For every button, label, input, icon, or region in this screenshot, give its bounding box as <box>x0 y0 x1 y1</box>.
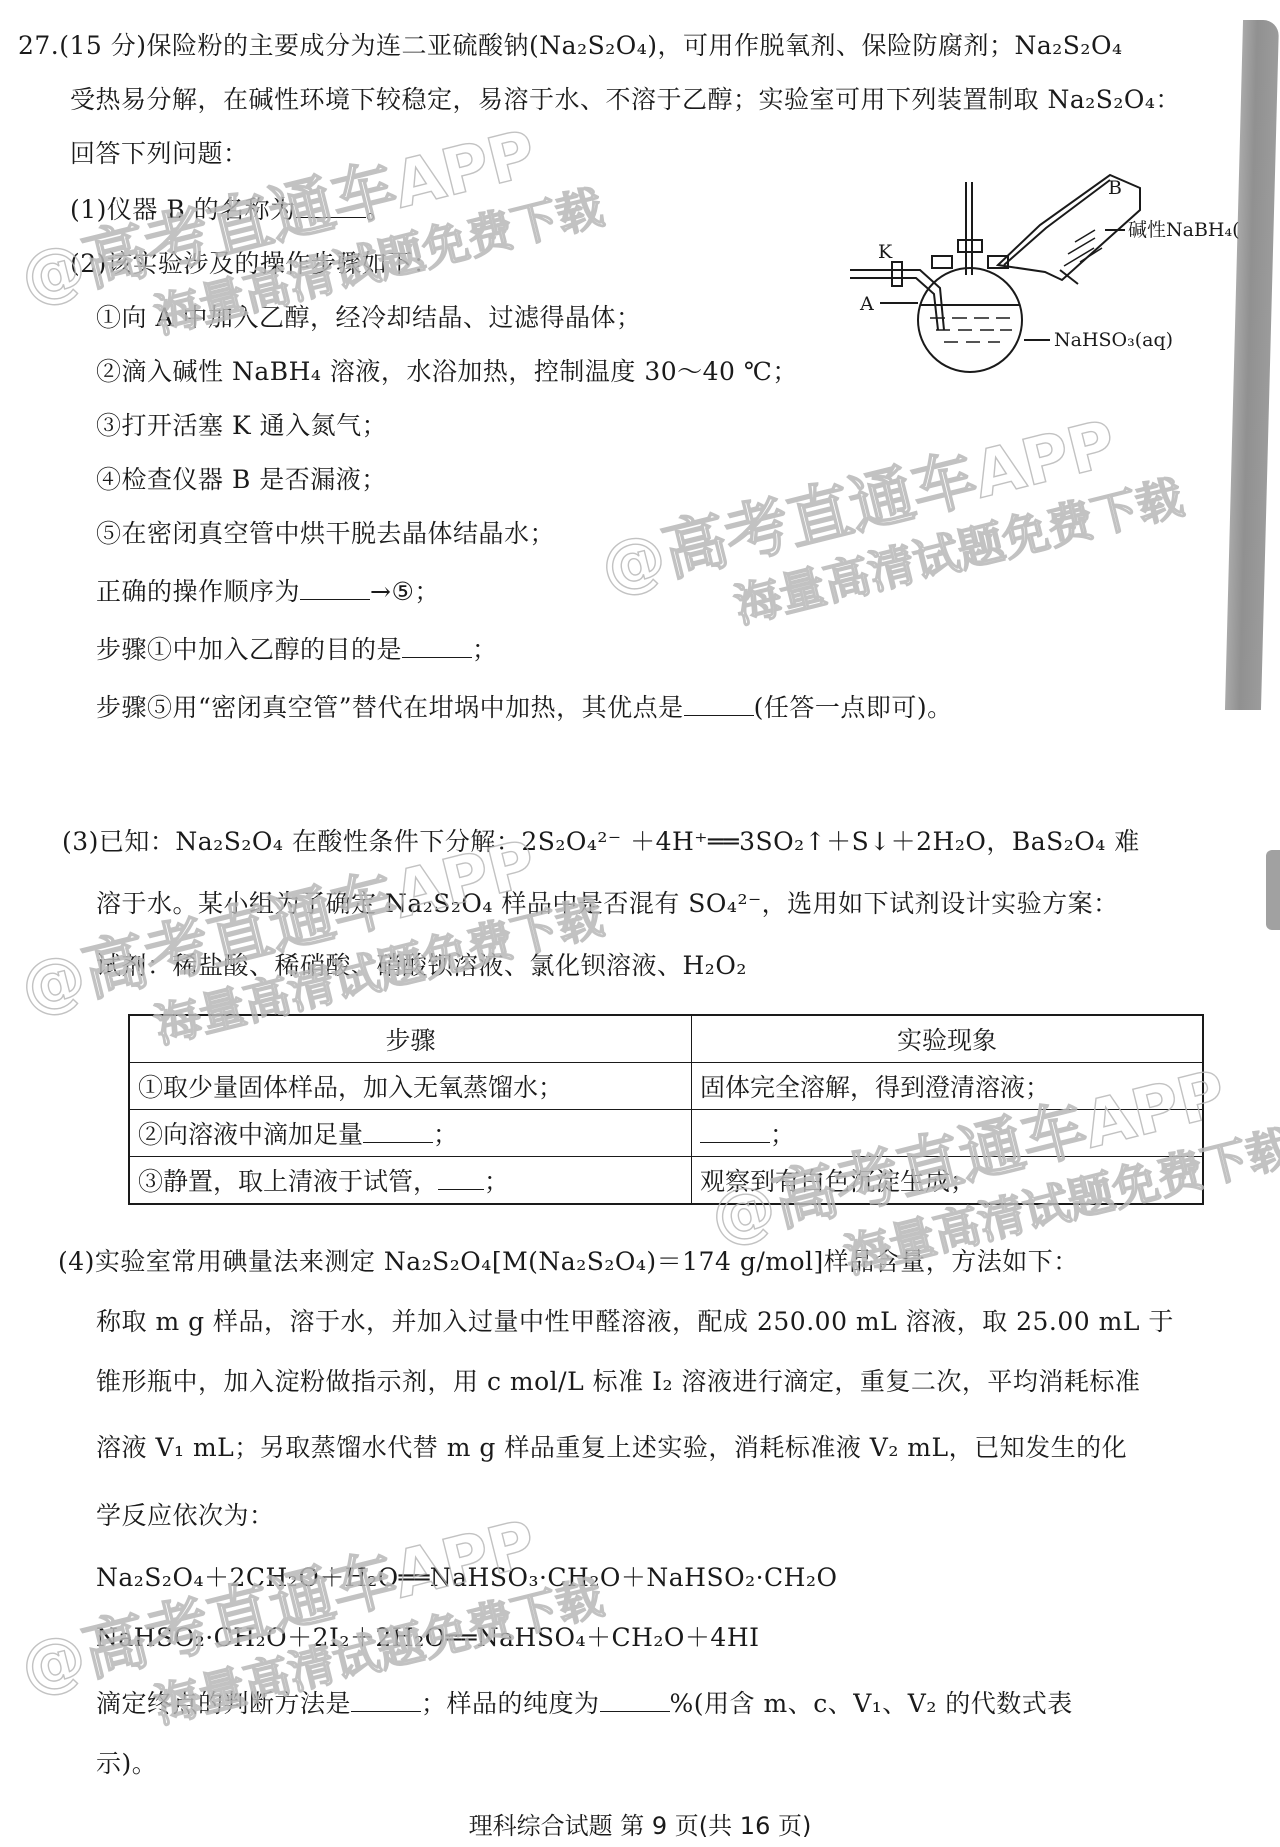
answer-blank[interactable] <box>700 1120 770 1143</box>
observation-cell: 观察到有白色沉淀生成； <box>692 1157 1204 1205</box>
answer-blank[interactable] <box>438 1167 484 1190</box>
observation-cell: ； <box>692 1110 1204 1157</box>
answer-blank[interactable] <box>402 635 472 658</box>
part2-step-2: ②滴入碱性 NaBH₄ 溶液，水浴加热，控制温度 30～40 ℃； <box>96 356 798 388</box>
table-row: ①取少量固体样品，加入无氧蒸馏水； 固体完全溶解，得到澄清溶液； <box>129 1063 1203 1110</box>
watermark-line1: @高考直通车APP <box>590 380 1175 610</box>
step-cell: ①取少量固体样品，加入无氧蒸馏水； <box>129 1063 692 1110</box>
exam-page: 27.(15 分)保险粉的主要成分为连二亚硫酸钠(Na₂S₂O₄)，可用作脱氧剂… <box>0 0 1280 1847</box>
part1-end: 。 <box>366 195 392 224</box>
answer-blank[interactable] <box>296 195 366 218</box>
part4-question-end: 示)。 <box>96 1748 157 1780</box>
page-edge-shadow-lower <box>1266 850 1280 930</box>
label-funnel-liquid: 碱性NaBH₄(aq) <box>1128 219 1240 241</box>
step-text: ②向溶液中滴加足量 <box>138 1120 363 1149</box>
question-points: (15 分) <box>59 31 146 60</box>
answer-blank[interactable] <box>300 577 370 600</box>
step-cell: ③静置，取上清液于试管，； <box>129 1157 692 1205</box>
part4-line3: 锥形瓶中，加入淀粉做指示剂，用 c mol/L 标准 I₂ 溶液进行滴定，重复二… <box>96 1366 1140 1398</box>
table-row: ③静置，取上清液于试管，； 观察到有白色沉淀生成； <box>129 1157 1203 1205</box>
ethanol-question-text: 步骤①中加入乙醇的目的是 <box>96 635 402 664</box>
purity-question-note: %(用含 m、c、V₁、V₂ 的代数式表 <box>670 1689 1073 1718</box>
ethanol-question-end: ； <box>472 635 498 664</box>
purity-question-text: ；样品的纯度为 <box>421 1689 600 1718</box>
header-observations: 实验现象 <box>692 1015 1204 1063</box>
endpoint-question-text: 滴定终点的判断方法是 <box>96 1689 351 1718</box>
label-B: B <box>1108 177 1122 199</box>
step-end: ； <box>484 1167 509 1196</box>
part2-tube-question: 步骤⑤用“密闭真空管”替代在坩埚中加热，其优点是(任答一点即可)。 <box>96 692 953 724</box>
watermark: @高考直通车APP 海量高清试题免费下载 <box>590 380 1189 666</box>
part4-question: 滴定终点的判断方法是；样品的纯度为%(用含 m、c、V₁、V₂ 的代数式表 <box>96 1688 1073 1720</box>
observation-end: ； <box>770 1120 795 1149</box>
part3-line1: (3)已知：Na₂S₂O₄ 在酸性条件下分解：2S₂O₄²⁻ ＋4H⁺══3SO… <box>62 826 1140 858</box>
answer-blank[interactable] <box>600 1689 670 1712</box>
label-A: A <box>859 293 874 315</box>
question-intro-line3: 回答下列问题： <box>70 138 249 170</box>
part2-step-1: ①向 A 中加入乙醇，经冷却结晶、过滤得晶体； <box>96 302 641 334</box>
answer-blank[interactable] <box>351 1689 421 1712</box>
part4-line5: 学反应依次为： <box>96 1500 275 1532</box>
part4-equation-1: Na₂S₂O₄＋2CH₂O＋H₂O══NaHSO₃·CH₂O＋NaHSO₂·CH… <box>96 1562 837 1594</box>
step-cell: ②向溶液中滴加足量； <box>129 1110 692 1157</box>
label-flask-liquid: NaHSO₃(aq) <box>1054 329 1173 351</box>
part4-line2: 称取 m g 样品，溶于水，并加入过量中性甲醛溶液，配成 250.00 mL 溶… <box>96 1306 1174 1338</box>
observation-cell: 固体完全溶解，得到澄清溶液； <box>692 1063 1204 1110</box>
watermark-line2: 海量高清试题免费下载 <box>727 461 1189 636</box>
page-footer: 理科综合试题 第 9 页(共 16 页) <box>0 1806 1280 1841</box>
header-steps: 步骤 <box>129 1015 692 1063</box>
question-intro-line2: 受热易分解，在碱性环境下较稳定，易溶于水、不溶于乙醇；实验室可用下列装置制取 N… <box>70 84 1181 116</box>
part3-reagents: 试剂：稀盐酸、稀硝酸、硝酸钡溶液、氯化钡溶液、H₂O₂ <box>96 950 747 982</box>
experiment-table: 步骤 实验现象 ①取少量固体样品，加入无氧蒸馏水； 固体完全溶解，得到澄清溶液；… <box>128 1014 1204 1205</box>
apparatus-diagram: 碱性NaBH₄(aq) NaHSO₃(aq) A K B <box>840 170 1240 400</box>
part3-line2: 溶于水。某小组为了确定 Na₂S₂O₄ 样品中是否混有 SO₄²⁻，选用如下试剂… <box>96 888 1119 920</box>
part2-step-5: ⑤在密闭真空管中烘干脱去晶体结晶水； <box>96 518 555 550</box>
table-header-row: 步骤 实验现象 <box>129 1015 1203 1063</box>
part1-text: (1)仪器 B 的名称为 <box>70 195 296 224</box>
answer-blank[interactable] <box>363 1120 433 1143</box>
question-number: 27. <box>18 31 59 60</box>
part2-ethanol-question: 步骤①中加入乙醇的目的是； <box>96 634 498 666</box>
table-row: ②向溶液中滴加足量； ； <box>129 1110 1203 1157</box>
part4-line4: 溶液 V₁ mL；另取蒸馏水代替 m g 样品重复上述实验，消耗标准液 V₂ m… <box>96 1432 1127 1464</box>
part2-step-4: ④检查仪器 B 是否漏液； <box>96 464 387 496</box>
answer-blank[interactable] <box>684 693 754 716</box>
label-K: K <box>878 241 893 263</box>
part2-step-3: ③打开活塞 K 通入氮气； <box>96 410 387 442</box>
order-question-text: 正确的操作顺序为 <box>96 577 300 606</box>
part2-order-question: 正确的操作顺序为→⑤； <box>96 576 440 608</box>
part1-question: (1)仪器 B 的名称为。 <box>70 194 391 226</box>
tube-question-text: 步骤⑤用“密闭真空管”替代在坩埚中加热，其优点是 <box>96 693 684 722</box>
part2-heading: (2)该实验涉及的操作步骤如下： <box>70 248 438 280</box>
question-intro-line1: 27.(15 分)保险粉的主要成分为连二亚硫酸钠(Na₂S₂O₄)，可用作脱氧剂… <box>18 30 1122 62</box>
part4-line1: (4)实验室常用碘量法来测定 Na₂S₂O₄[M(Na₂S₂O₄)＝174 g/… <box>58 1246 1079 1278</box>
intro-text-1: 保险粉的主要成分为连二亚硫酸钠(Na₂S₂O₄)，可用作脱氧剂、保险防腐剂；Na… <box>147 31 1123 60</box>
step-end: ； <box>433 1120 458 1149</box>
order-question-end: →⑤； <box>370 577 440 606</box>
part4-equation-2: NaHSO₂·CH₂O＋2I₂＋2H₂O══NaHSO₄＋CH₂O＋4HI <box>96 1622 760 1654</box>
step-text: ③静置，取上清液于试管， <box>138 1167 438 1196</box>
tube-question-end: (任答一点即可)。 <box>754 693 953 722</box>
